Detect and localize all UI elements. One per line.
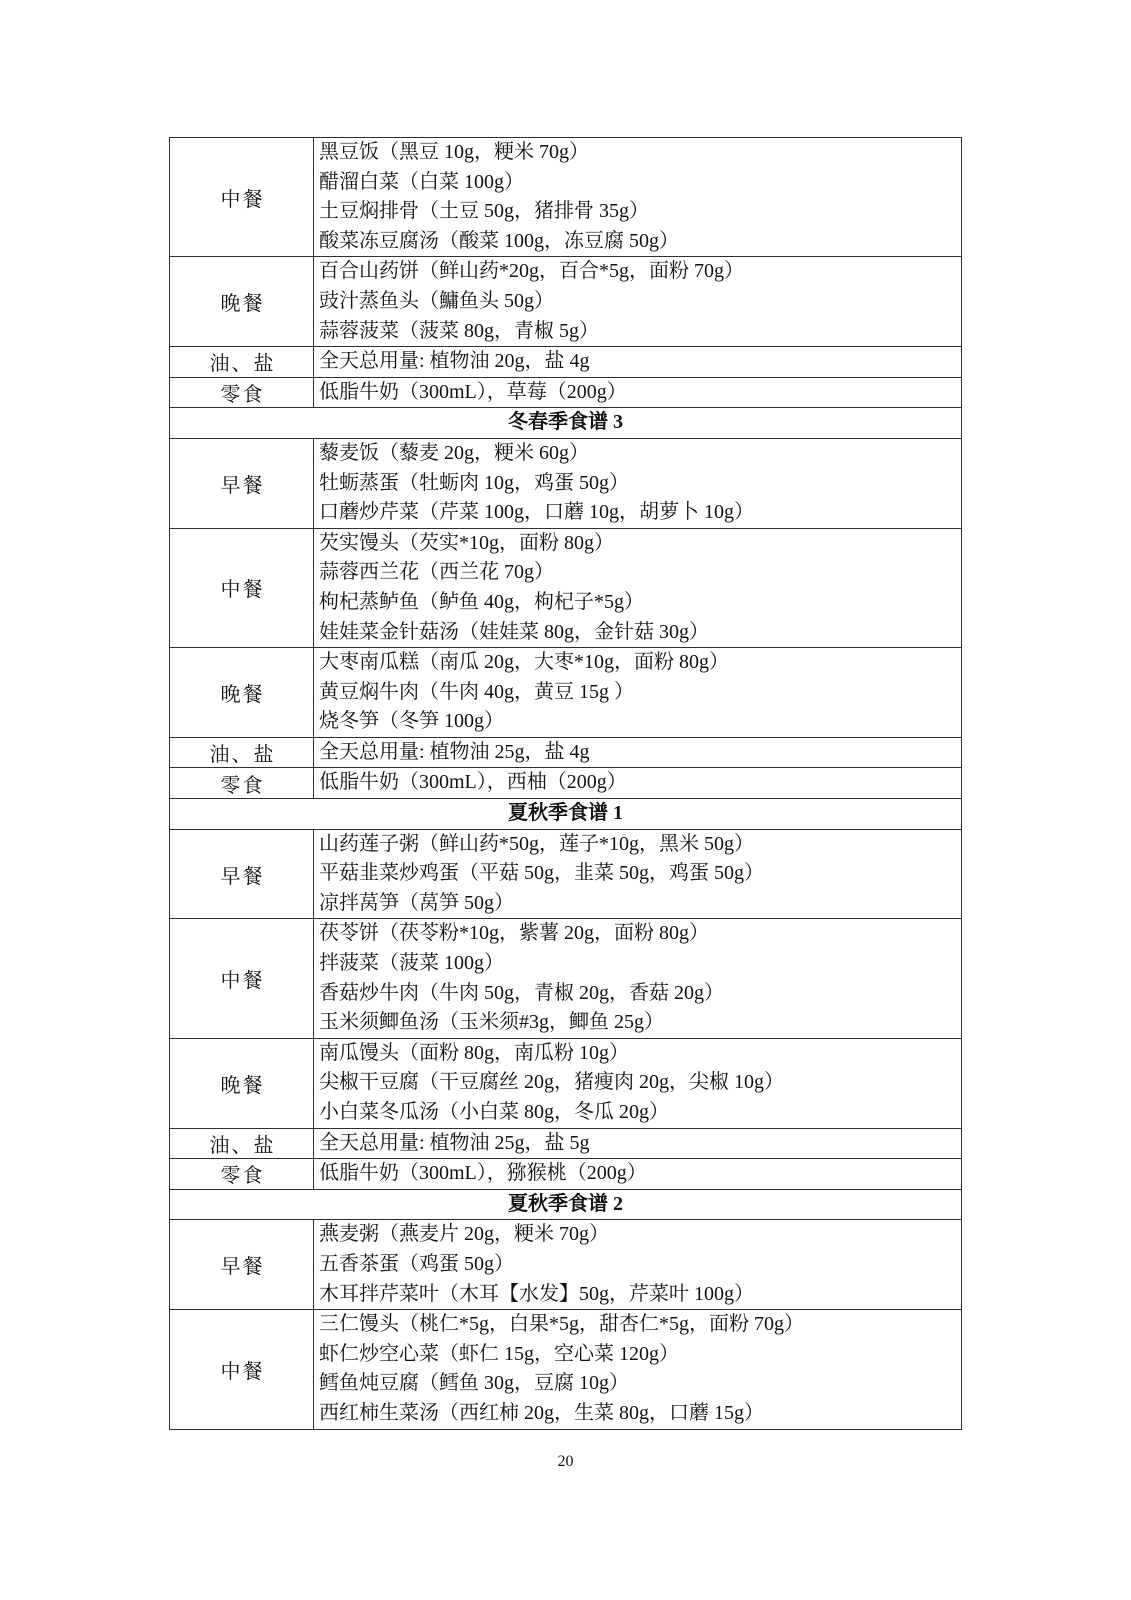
dishes-cell: 三仁馒头（桃仁*5g，白果*5g，甜杏仁*5g，面粉 70g）虾仁炒空心菜（虾仁… (314, 1310, 961, 1428)
table-row: 早餐 藜麦饭（藜麦 20g，粳米 60g）牡蛎蒸蛋（牡蛎肉 10g，鸡蛋 50g… (170, 438, 961, 528)
dish-line: 玉米须鲫鱼汤（玉米须#3g，鲫鱼 25g） (319, 1008, 961, 1038)
section-header-row: 冬春季食谱 3 (170, 407, 961, 438)
meal-label: 油、盐 (170, 738, 314, 768)
dish-line: 土豆焖排骨（土豆 50g，猪排骨 35g） (319, 197, 961, 227)
meal-label: 中餐 (170, 919, 314, 1037)
dish-line: 大枣南瓜糕（南瓜 20g，大枣*10g，面粉 80g） (319, 648, 961, 678)
meal-label: 油、盐 (170, 1129, 314, 1159)
meal-label: 零食 (170, 378, 314, 408)
dishes-cell: 藜麦饭（藜麦 20g，粳米 60g）牡蛎蒸蛋（牡蛎肉 10g，鸡蛋 50g）口蘑… (314, 439, 961, 528)
dish-line: 口蘑炒芹菜（芹菜 100g，口蘑 10g，胡萝卜 10g） (319, 498, 961, 528)
dish-line: 香菇炒牛肉（牛肉 50g，青椒 20g，香菇 20g） (319, 979, 961, 1009)
table-row: 油、盐 全天总用量: 植物油 25g，盐 4g (170, 737, 961, 768)
meal-label: 晚餐 (170, 1039, 314, 1128)
dish-line: 酸菜冻豆腐汤（酸菜 100g，冻豆腐 50g） (319, 227, 961, 257)
dish-line: 五香茶蛋（鸡蛋 50g） (319, 1250, 961, 1280)
dish-line: 藜麦饭（藜麦 20g，粳米 60g） (319, 439, 961, 469)
meal-plan-table: 中餐 黑豆饭（黑豆 10g，粳米 70g）醋溜白菜（白菜 100g）土豆焖排骨（… (169, 137, 962, 1430)
dish-line: 烧冬笋（冬笋 100g） (319, 707, 961, 737)
dish-line: 小白菜冬瓜汤（小白菜 80g，冬瓜 20g） (319, 1098, 961, 1128)
dishes-cell: 全天总用量: 植物油 25g，盐 5g (314, 1129, 961, 1159)
section-header-row: 夏秋季食谱 1 (170, 798, 961, 829)
dishes-cell: 低脂牛奶（300mL），草莓（200g） (314, 378, 961, 408)
dish-line: 全天总用量: 植物油 20g，盐 4g (319, 347, 961, 377)
dishes-cell: 低脂牛奶（300mL），西柚（200g） (314, 768, 961, 798)
document-page: 中餐 黑豆饭（黑豆 10g，粳米 70g）醋溜白菜（白菜 100g）土豆焖排骨（… (0, 0, 1131, 1600)
table-row: 中餐 三仁馒头（桃仁*5g，白果*5g，甜杏仁*5g，面粉 70g）虾仁炒空心菜… (170, 1309, 961, 1428)
dish-line: 低脂牛奶（300mL），西柚（200g） (319, 768, 961, 798)
dishes-cell: 黑豆饭（黑豆 10g，粳米 70g）醋溜白菜（白菜 100g）土豆焖排骨（土豆 … (314, 138, 961, 256)
dish-line: 蒜蓉西兰花（西兰花 70g） (319, 558, 961, 588)
dish-line: 低脂牛奶（300mL），草莓（200g） (319, 378, 961, 408)
dish-line: 醋溜白菜（白菜 100g） (319, 168, 961, 198)
section-title: 夏秋季食谱 1 (170, 799, 961, 829)
dish-line: 牡蛎蒸蛋（牡蛎肉 10g，鸡蛋 50g） (319, 469, 961, 499)
table-row: 中餐 茯苓饼（茯苓粉*10g，紫薯 20g，面粉 80g）拌菠菜（菠菜 100g… (170, 918, 961, 1037)
page-number: 20 (0, 1453, 1131, 1471)
meal-label: 早餐 (170, 439, 314, 528)
dishes-cell: 芡实馒头（芡实*10g，面粉 80g）蒜蓉西兰花（西兰花 70g）枸杞蒸鲈鱼（鲈… (314, 529, 961, 647)
dish-line: 茯苓饼（茯苓粉*10g，紫薯 20g，面粉 80g） (319, 919, 961, 949)
table-row: 零食 低脂牛奶（300mL），猕猴桃（200g） (170, 1158, 961, 1189)
dish-line: 凉拌莴笋（莴笋 50g） (319, 889, 961, 919)
dish-line: 虾仁炒空心菜（虾仁 15g，空心菜 120g） (319, 1340, 961, 1370)
section-title: 冬春季食谱 3 (170, 408, 961, 438)
dishes-cell: 茯苓饼（茯苓粉*10g，紫薯 20g，面粉 80g）拌菠菜（菠菜 100g）香菇… (314, 919, 961, 1037)
dish-line: 芡实馒头（芡实*10g，面粉 80g） (319, 529, 961, 559)
meal-label: 中餐 (170, 1310, 314, 1428)
meal-label: 晚餐 (170, 257, 314, 346)
dishes-cell: 低脂牛奶（300mL），猕猴桃（200g） (314, 1159, 961, 1189)
table-row: 晚餐 百合山药饼（鲜山药*20g，百合*5g，面粉 70g）豉汁蒸鱼头（鱅鱼头 … (170, 256, 961, 346)
dishes-cell: 燕麦粥（燕麦片 20g，粳米 70g）五香茶蛋（鸡蛋 50g）木耳拌芹菜叶（木耳… (314, 1220, 961, 1309)
dish-line: 全天总用量: 植物油 25g，盐 4g (319, 738, 961, 768)
dish-line: 百合山药饼（鲜山药*20g，百合*5g，面粉 70g） (319, 257, 961, 287)
dish-line: 低脂牛奶（300mL），猕猴桃（200g） (319, 1159, 961, 1189)
table-row: 油、盐 全天总用量: 植物油 20g，盐 4g (170, 346, 961, 377)
meal-label: 中餐 (170, 138, 314, 256)
dishes-cell: 山药莲子粥（鲜山药*50g，莲子*10g，黑米 50g）平菇韭菜炒鸡蛋（平菇 5… (314, 830, 961, 919)
table-row: 中餐 黑豆饭（黑豆 10g，粳米 70g）醋溜白菜（白菜 100g）土豆焖排骨（… (170, 138, 961, 256)
dishes-cell: 百合山药饼（鲜山药*20g，百合*5g，面粉 70g）豉汁蒸鱼头（鱅鱼头 50g… (314, 257, 961, 346)
table-row: 晚餐 南瓜馒头（面粉 80g，南瓜粉 10g）尖椒干豆腐（干豆腐丝 20g，猪瘦… (170, 1038, 961, 1128)
dish-line: 山药莲子粥（鲜山药*50g，莲子*10g，黑米 50g） (319, 830, 961, 860)
dish-line: 豉汁蒸鱼头（鱅鱼头 50g） (319, 287, 961, 317)
table-row: 中餐 芡实馒头（芡实*10g，面粉 80g）蒜蓉西兰花（西兰花 70g）枸杞蒸鲈… (170, 528, 961, 647)
section-title: 夏秋季食谱 2 (170, 1190, 961, 1220)
dishes-cell: 全天总用量: 植物油 25g，盐 4g (314, 738, 961, 768)
table-row: 早餐 燕麦粥（燕麦片 20g，粳米 70g）五香茶蛋（鸡蛋 50g）木耳拌芹菜叶… (170, 1219, 961, 1309)
dishes-cell: 南瓜馒头（面粉 80g，南瓜粉 10g）尖椒干豆腐（干豆腐丝 20g，猪瘦肉 2… (314, 1039, 961, 1128)
meal-label: 晚餐 (170, 648, 314, 737)
dish-line: 南瓜馒头（面粉 80g，南瓜粉 10g） (319, 1039, 961, 1069)
dishes-cell: 大枣南瓜糕（南瓜 20g，大枣*10g，面粉 80g）黄豆焖牛肉（牛肉 40g，… (314, 648, 961, 737)
meal-label: 早餐 (170, 1220, 314, 1309)
dish-line: 蒜蓉菠菜（菠菜 80g，青椒 5g） (319, 317, 961, 347)
table-row: 零食 低脂牛奶（300mL），草莓（200g） (170, 377, 961, 408)
dish-line: 黄豆焖牛肉（牛肉 40g，黄豆 15g ） (319, 678, 961, 708)
dish-line: 平菇韭菜炒鸡蛋（平菇 50g，韭菜 50g，鸡蛋 50g） (319, 859, 961, 889)
meal-label: 零食 (170, 1159, 314, 1189)
dish-line: 尖椒干豆腐（干豆腐丝 20g，猪瘦肉 20g，尖椒 10g） (319, 1068, 961, 1098)
dish-line: 燕麦粥（燕麦片 20g，粳米 70g） (319, 1220, 961, 1250)
table-row: 早餐 山药莲子粥（鲜山药*50g，莲子*10g，黑米 50g）平菇韭菜炒鸡蛋（平… (170, 829, 961, 919)
meal-label: 中餐 (170, 529, 314, 647)
table-row: 油、盐 全天总用量: 植物油 25g，盐 5g (170, 1128, 961, 1159)
dish-line: 全天总用量: 植物油 25g，盐 5g (319, 1129, 961, 1159)
dish-line: 三仁馒头（桃仁*5g，白果*5g，甜杏仁*5g，面粉 70g） (319, 1310, 961, 1340)
dish-line: 西红柿生菜汤（西红柿 20g，生菜 80g，口蘑 15g） (319, 1399, 961, 1429)
dish-line: 枸杞蒸鲈鱼（鲈鱼 40g，枸杞子*5g） (319, 588, 961, 618)
meal-label: 零食 (170, 768, 314, 798)
dish-line: 娃娃菜金针菇汤（娃娃菜 80g，金针菇 30g） (319, 618, 961, 648)
dish-line: 鳕鱼炖豆腐（鳕鱼 30g，豆腐 10g） (319, 1369, 961, 1399)
dish-line: 黑豆饭（黑豆 10g，粳米 70g） (319, 138, 961, 168)
meal-label: 油、盐 (170, 347, 314, 377)
dishes-cell: 全天总用量: 植物油 20g，盐 4g (314, 347, 961, 377)
table-row: 晚餐 大枣南瓜糕（南瓜 20g，大枣*10g，面粉 80g）黄豆焖牛肉（牛肉 4… (170, 647, 961, 737)
table-row: 零食 低脂牛奶（300mL），西柚（200g） (170, 767, 961, 798)
meal-label: 早餐 (170, 830, 314, 919)
dish-line: 木耳拌芹菜叶（木耳【水发】50g，芹菜叶 100g） (319, 1280, 961, 1310)
section-header-row: 夏秋季食谱 2 (170, 1189, 961, 1220)
dish-line: 拌菠菜（菠菜 100g） (319, 949, 961, 979)
